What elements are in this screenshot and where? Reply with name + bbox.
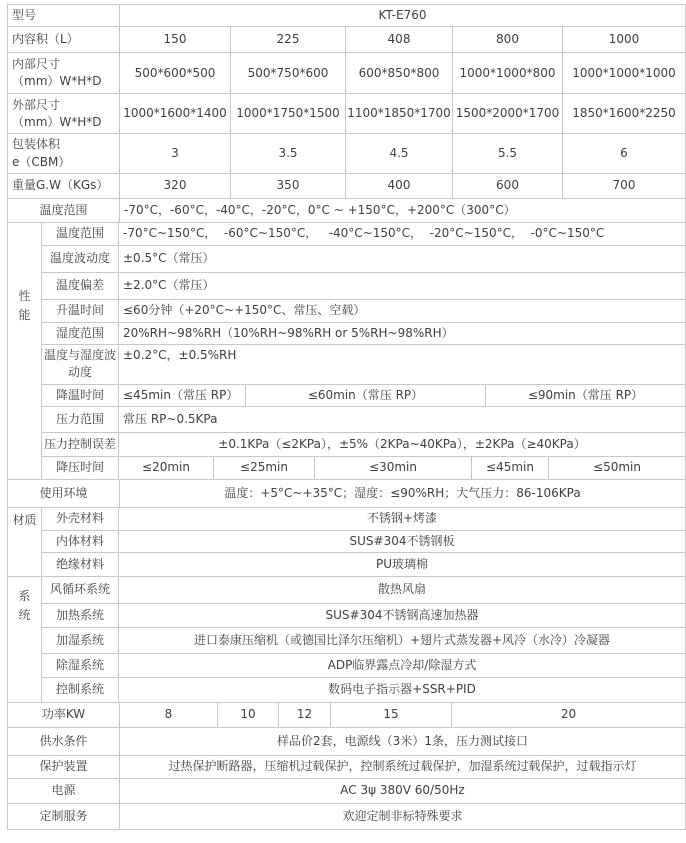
model-label: 型号 <box>8 5 120 26</box>
row-outer-size: 外部尺寸 （mm）W*H*D 1000*1600*1400 1000*1750*… <box>8 94 685 134</box>
protection-label: 保护装置 <box>8 756 120 778</box>
row-temp-humidity-fluctuation: 温度与湿度波 动度 ±0.2°C，±0.5%RH <box>42 345 685 385</box>
capacity-value: 150 <box>120 27 231 52</box>
row-cooling-time: 降温时间 ≤45min（常压 RP） ≤60min（常压 RP） ≤90min（… <box>42 385 685 407</box>
air-circulation-label: 风循环系统 <box>42 577 119 603</box>
section-performance: 性能 温度范围 -70°C~150°C， -60°C~150°C， -40°C~… <box>8 223 685 480</box>
inner-body-material-value: SUS#304不锈钢板 <box>119 531 685 552</box>
outer-size-value: 1000*1600*1400 <box>120 94 231 133</box>
model-value: KT-E760 <box>120 5 685 26</box>
temp-humidity-fluctuation-value: ±0.2°C，±0.5%RH <box>119 345 685 384</box>
row-humidity-range: 湿度范围 20%RH~98%RH（10%RH~98%RH or 5%RH~98%… <box>42 323 685 345</box>
weight-value: 350 <box>231 174 346 198</box>
heating-time-label: 升温时间 <box>42 300 119 322</box>
capacity-value: 225 <box>231 27 346 52</box>
insulation-material-label: 绝缘材料 <box>42 553 119 576</box>
row-shell-material: 外壳材料 不锈钢+烤漆 <box>42 508 685 530</box>
row-temp-deviation: 温度偏差 ±2.0°C（常压） <box>42 273 685 300</box>
package-volume-value: 4.5 <box>346 134 453 173</box>
temp-range-overall-value: -70°C，-60°C，-40°C，-20°C，0°C ~ +150°C，+20… <box>120 199 685 222</box>
row-operating-environment: 使用环境 温度：+5°C~+35°C；湿度：≤90%RH；大气压力：86-106… <box>8 480 685 508</box>
row-weight: 重量G.W（KGs） 320 350 400 600 700 <box>8 174 685 199</box>
row-custom-service: 定制服务 欢迎定制非标特殊要求 <box>8 804 685 829</box>
row-perf-temp-range: 温度范围 -70°C~150°C， -60°C~150°C， -40°C~150… <box>42 223 685 245</box>
custom-service-label: 定制服务 <box>8 804 120 829</box>
capacity-value: 800 <box>453 27 563 52</box>
outer-size-value: 1850*1600*2250 <box>563 94 685 133</box>
heating-system-label: 加热系统 <box>42 604 119 627</box>
row-temp-range-overall: 温度范围 -70°C，-60°C，-40°C，-20°C，0°C ~ +150°… <box>8 199 685 223</box>
capacity-value: 1000 <box>563 27 685 52</box>
row-pressure-range: 压力范围 常压 RP~0.5KPa <box>42 407 685 433</box>
depressurization-time-label: 降压时间 <box>42 457 119 479</box>
air-circulation-value: 散热风扇 <box>119 577 685 603</box>
row-insulation-material: 绝缘材料 PU玻璃棉 <box>42 553 685 576</box>
depressurization-time-cell: ≤50min <box>549 457 685 479</box>
dehumidification-system-label: 除湿系统 <box>42 654 119 677</box>
row-depressurization-time: 降压时间 ≤20min ≤25min ≤30min ≤45min ≤50min <box>42 457 685 479</box>
temp-fluctuation-value: ±0.5°C（常压） <box>119 246 685 272</box>
cooling-time-cell: ≤45min（常压 RP） <box>119 385 246 406</box>
row-pressure-control-error: 压力控制误差 ±0.1KPa（≤2KPa），±5%（2KPa~40KPa），±2… <box>42 433 685 457</box>
humidity-range-value: 20%RH~98%RH（10%RH~98%RH or 5%RH~98%RH） <box>119 323 685 344</box>
power-value: 8 <box>120 703 218 727</box>
water-supply-label: 供水条件 <box>8 728 120 755</box>
row-water-supply: 供水条件 样品价2套，电源线（3米）1条，压力测试接口 <box>8 728 685 756</box>
shell-material-value: 不锈钢+烤漆 <box>119 508 685 529</box>
inner-size-value: 500*750*600 <box>231 53 346 93</box>
inner-body-material-label: 内体材料 <box>42 531 119 552</box>
cooling-time-cell: ≤60min（常压 RP） <box>246 385 486 406</box>
row-temp-fluctuation: 温度波动度 ±0.5°C（常压） <box>42 246 685 273</box>
operating-environment-value: 温度：+5°C~+35°C；湿度：≤90%RH；大气压力：86-106KPa <box>120 480 685 507</box>
water-supply-value: 样品价2套，电源线（3米）1条，压力测试接口 <box>120 728 685 755</box>
control-system-label: 控制系统 <box>42 678 119 702</box>
depressurization-time-cell: ≤25min <box>214 457 315 479</box>
cooling-time-label: 降温时间 <box>42 385 119 406</box>
outer-size-value: 1100*1850*1700 <box>346 94 453 133</box>
power-value: 15 <box>331 703 452 727</box>
temp-deviation-label: 温度偏差 <box>42 273 119 299</box>
row-protection: 保护装置 过热保护断路器，压缩机过载保护，控制系统过载保护，加湿系统过载保护，过… <box>8 756 685 779</box>
pressure-control-error-value: ±0.1KPa（≤2KPa），±5%（2KPa~40KPa），±2KPa（≥40… <box>119 433 685 456</box>
row-model: 型号 KT-E760 <box>8 5 685 27</box>
row-control-system: 控制系统 数码电子指示器+SSR+PID <box>42 678 685 702</box>
custom-service-value: 欢迎定制非标特殊要求 <box>120 804 685 829</box>
inner-size-value: 600*850*800 <box>346 53 453 93</box>
performance-section-label: 性能 <box>8 223 42 479</box>
weight-value: 700 <box>563 174 685 198</box>
outer-size-value: 1500*2000*1700 <box>453 94 563 133</box>
pressure-range-label: 压力范围 <box>42 407 119 432</box>
spec-table: 型号 KT-E760 内容积（L） 150 225 408 800 1000 内… <box>7 4 686 830</box>
outer-size-value: 1000*1750*1500 <box>231 94 346 133</box>
capacity-label: 内容积（L） <box>8 27 120 52</box>
weight-value: 320 <box>120 174 231 198</box>
control-system-value: 数码电子指示器+SSR+PID <box>119 678 685 702</box>
package-volume-value: 3 <box>120 134 231 173</box>
heating-system-value: SUS#304不锈钢高速加热器 <box>119 604 685 627</box>
insulation-material-value: PU玻璃棉 <box>119 553 685 576</box>
weight-value: 400 <box>346 174 453 198</box>
inner-size-label: 内部尺寸 （mm）W*H*D <box>8 53 120 93</box>
inner-size-value: 500*600*500 <box>120 53 231 93</box>
package-volume-value: 6 <box>563 134 685 173</box>
shell-material-label: 外壳材料 <box>42 508 119 529</box>
package-volume-value: 3.5 <box>231 134 346 173</box>
inner-size-value: 1000*1000*800 <box>453 53 563 93</box>
protection-value: 过热保护断路器，压缩机过载保护，控制系统过载保护，加湿系统过载保护，过载指示灯 <box>120 756 685 778</box>
weight-value: 600 <box>453 174 563 198</box>
row-capacity: 内容积（L） 150 225 408 800 1000 <box>8 27 685 53</box>
depressurization-time-cell: ≤45min <box>472 457 549 479</box>
material-section-label: 材质 <box>8 508 42 576</box>
row-package-volume: 包装体积 e（CBM） 3 3.5 4.5 5.5 6 <box>8 134 685 174</box>
power-value: 20 <box>452 703 685 727</box>
power-value: 10 <box>218 703 279 727</box>
humidity-range-label: 湿度范围 <box>42 323 119 344</box>
depressurization-time-cell: ≤30min <box>315 457 472 479</box>
pressure-control-error-label: 压力控制误差 <box>42 433 119 456</box>
depressurization-time-cell: ≤20min <box>119 457 214 479</box>
temp-deviation-value: ±2.0°C（常压） <box>119 273 685 299</box>
heating-time-value: ≤60分钟（+20°C~+150°C、常压、空载） <box>119 300 685 322</box>
section-system: 系统 风循环系统 散热风扇 加热系统 SUS#304不锈钢高速加热器 加湿系统 … <box>8 577 685 703</box>
humidification-system-label: 加湿系统 <box>42 628 119 653</box>
row-dehumidification-system: 除湿系统 ADP临界露点冷却/除湿方式 <box>42 654 685 678</box>
weight-label: 重量G.W（KGs） <box>8 174 120 198</box>
perf-temp-range-label: 温度范围 <box>42 223 119 244</box>
perf-temp-range-value: -70°C~150°C， -60°C~150°C， -40°C~150°C， -… <box>119 223 685 244</box>
power-supply-label: 电源 <box>8 779 120 803</box>
row-heating-time: 升温时间 ≤60分钟（+20°C~+150°C、常压、空载） <box>42 300 685 323</box>
cooling-time-cell: ≤90min（常压 RP） <box>486 385 685 406</box>
dehumidification-system-value: ADP临界露点冷却/除湿方式 <box>119 654 685 677</box>
temp-range-overall-label: 温度范围 <box>8 199 120 222</box>
temp-humidity-fluctuation-label: 温度与湿度波 动度 <box>42 345 119 384</box>
pressure-range-value: 常压 RP~0.5KPa <box>119 407 685 432</box>
row-inner-body-material: 内体材料 SUS#304不锈钢板 <box>42 531 685 553</box>
power-supply-value: AC 3ψ 380V 60/50Hz <box>120 779 685 803</box>
inner-size-value: 1000*1000*1000 <box>563 53 685 93</box>
outer-size-label: 外部尺寸 （mm）W*H*D <box>8 94 120 133</box>
row-air-circulation: 风循环系统 散热风扇 <box>42 577 685 604</box>
row-heating-system: 加热系统 SUS#304不锈钢高速加热器 <box>42 604 685 628</box>
temp-fluctuation-label: 温度波动度 <box>42 246 119 272</box>
row-humidification-system: 加湿系统 进口泰康压缩机（或德国比泽尔压缩机）+翅片式蒸发器+风冷（水冷）冷凝器 <box>42 628 685 654</box>
humidification-system-value: 进口泰康压缩机（或德国比泽尔压缩机）+翅片式蒸发器+风冷（水冷）冷凝器 <box>119 628 685 653</box>
operating-environment-label: 使用环境 <box>8 480 120 507</box>
system-section-label: 系统 <box>8 577 42 702</box>
row-power: 功率KW 8 10 12 15 20 <box>8 703 685 728</box>
package-volume-label: 包装体积 e（CBM） <box>8 134 120 173</box>
power-label: 功率KW <box>8 703 120 727</box>
row-inner-size: 内部尺寸 （mm）W*H*D 500*600*500 500*750*600 6… <box>8 53 685 94</box>
capacity-value: 408 <box>346 27 453 52</box>
power-value: 12 <box>279 703 331 727</box>
package-volume-value: 5.5 <box>453 134 563 173</box>
row-power-supply: 电源 AC 3ψ 380V 60/50Hz <box>8 779 685 804</box>
section-material: 材质 外壳材料 不锈钢+烤漆 内体材料 SUS#304不锈钢板 绝缘材料 PU玻… <box>8 508 685 577</box>
